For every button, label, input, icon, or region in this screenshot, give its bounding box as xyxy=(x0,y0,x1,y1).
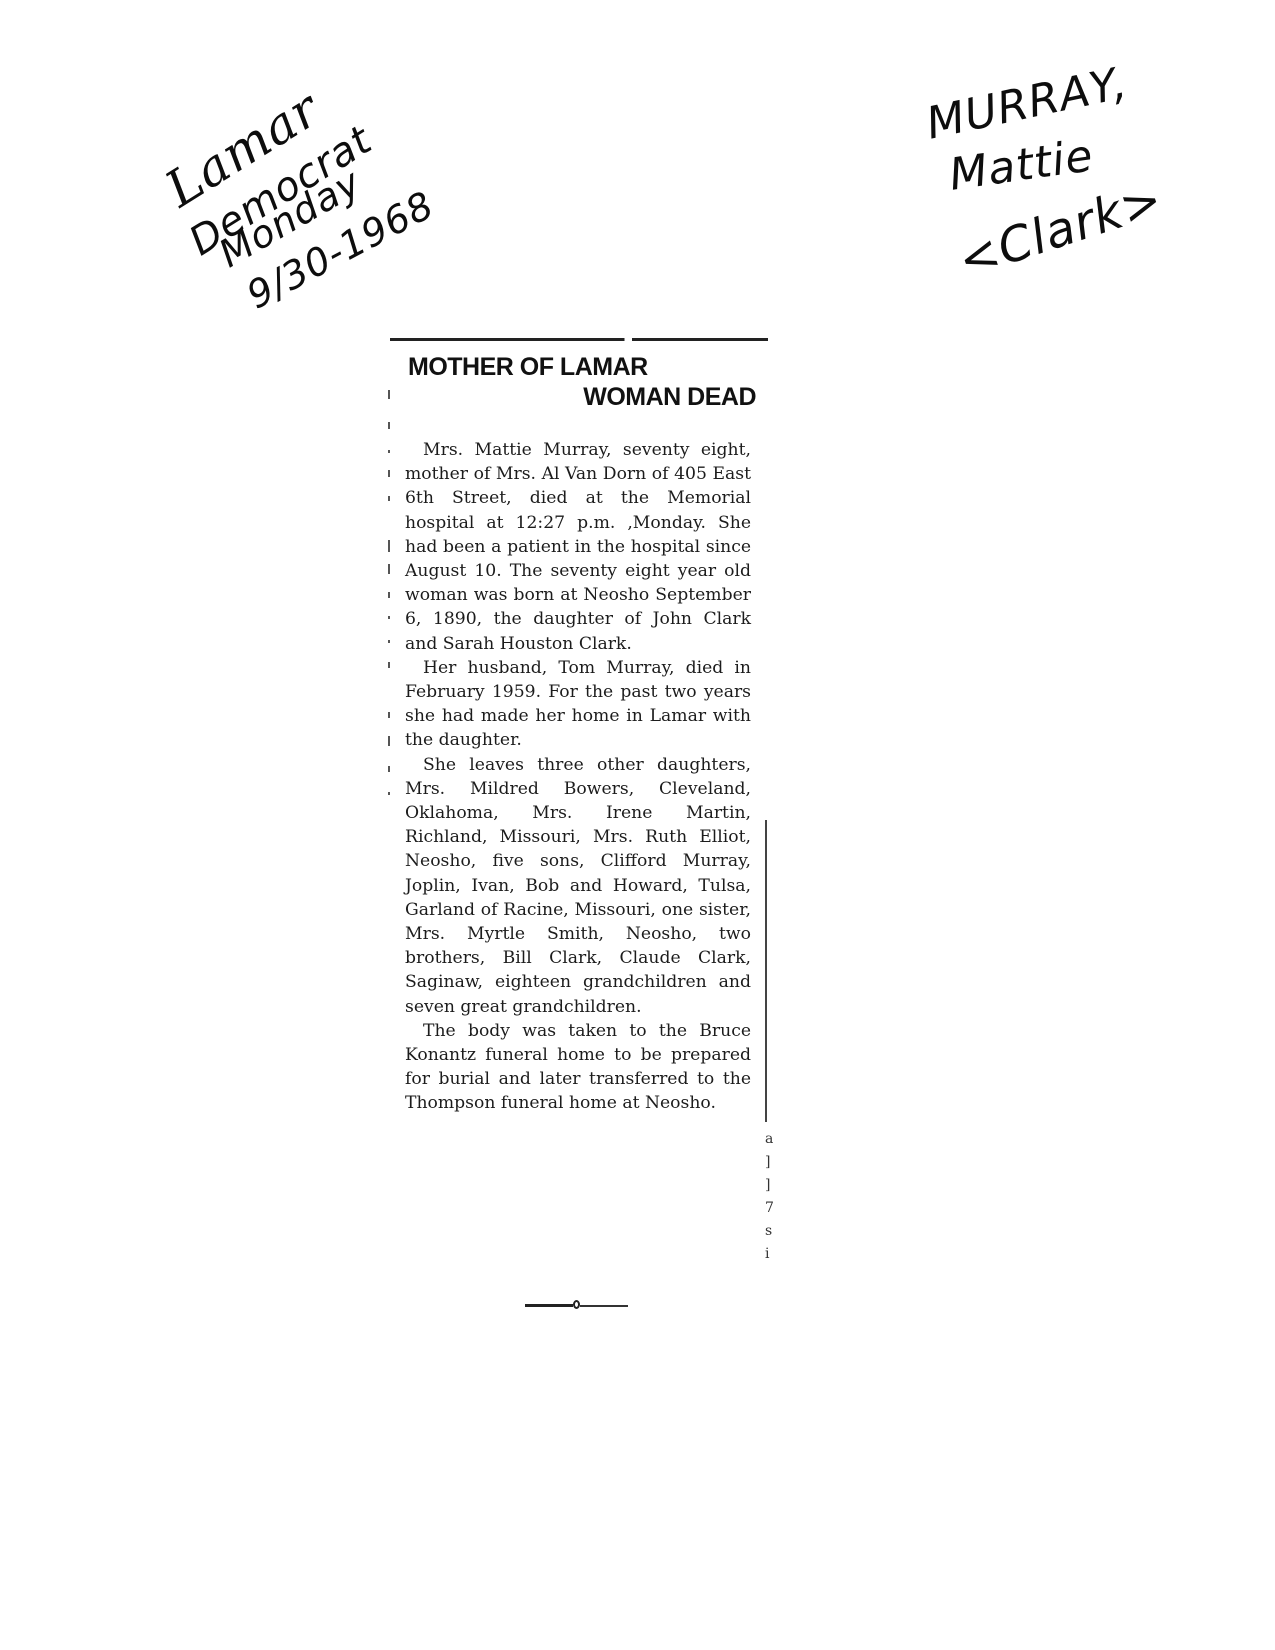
margin-mark xyxy=(388,390,390,399)
margin-mark xyxy=(388,792,390,795)
margin-mark xyxy=(388,766,390,772)
separator-circle xyxy=(573,1300,580,1309)
margin-mark xyxy=(388,592,390,598)
headline-line-1: MOTHER OF LAMAR xyxy=(408,352,768,382)
margin-mark xyxy=(388,470,390,477)
column-rule xyxy=(765,820,767,1122)
margin-mark xyxy=(388,540,390,552)
left-margin-marks xyxy=(388,390,396,810)
fragment-char: 7 xyxy=(765,1197,774,1220)
separator-line xyxy=(525,1304,573,1307)
paragraph-survivors: She leaves three other daughters, Mrs. M… xyxy=(405,753,751,1019)
margin-mark xyxy=(388,616,390,619)
adjacent-column-fragments: a ] ] 7 s i xyxy=(765,1128,774,1266)
fragment-char: ] xyxy=(765,1151,774,1174)
headline-line-2: WOMAN DEAD xyxy=(408,382,768,412)
fragment-char: a xyxy=(765,1128,774,1151)
paragraph-death-notice: Mrs. Mattie Murray, seventy eight, mothe… xyxy=(405,438,751,656)
paragraph-husband: Her husband, Tom Murray, died in Februar… xyxy=(405,656,751,753)
margin-mark xyxy=(388,640,390,643)
margin-mark xyxy=(388,712,390,718)
margin-mark xyxy=(388,422,390,429)
handwritten-source-note: Lamar Democrat Monday 9/30-1968 xyxy=(150,50,440,270)
end-separator xyxy=(525,1300,635,1310)
handwritten-name-note: MURRAY, Mattie <Clark> xyxy=(925,60,1185,290)
paragraph-arrangements: The body was taken to the Bruce Konantz … xyxy=(405,1019,751,1116)
obituary-body: Mrs. Mattie Murray, seventy eight, mothe… xyxy=(405,438,751,1116)
fragment-char: ] xyxy=(765,1174,774,1197)
headline: MOTHER OF LAMAR WOMAN DEAD xyxy=(408,352,768,412)
fragment-char: s xyxy=(765,1220,774,1243)
margin-mark xyxy=(388,496,390,501)
margin-mark xyxy=(388,736,390,746)
margin-mark xyxy=(388,450,390,453)
handwritten-line: MURRAY, xyxy=(922,57,1132,149)
fragment-char: i xyxy=(765,1243,774,1266)
margin-mark xyxy=(388,662,390,668)
top-rule xyxy=(390,338,768,341)
margin-mark xyxy=(388,564,390,574)
separator-line xyxy=(580,1305,628,1307)
